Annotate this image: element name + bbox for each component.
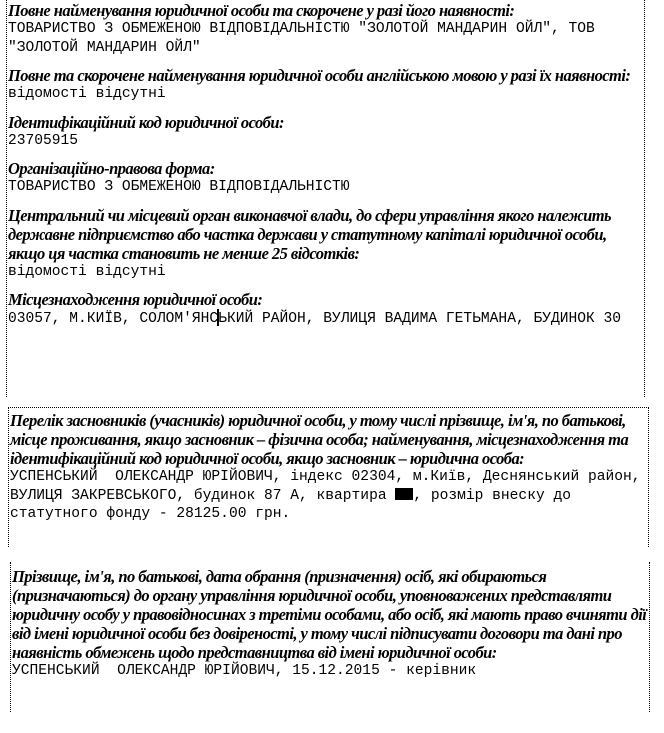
field-label: Повне найменування юридичної особи та ск…: [7, 1, 644, 20]
field-value[interactable]: 03057, М.КИЇВ, СОЛОМ'ЯНСЬКИЙ РАЙОН, ВУЛИ…: [7, 309, 644, 329]
field-label: Організаційно-правова форма:: [7, 159, 644, 178]
field-english-name: Повне та скорочене найменування юридично…: [7, 66, 644, 104]
field-address: Місцезнаходження юридичної особи: 03057,…: [7, 290, 644, 329]
field-value[interactable]: УСПЕНСЬКИЙ ОЛЕКСАНДР ЮРІЙОВИЧ, 15.12.201…: [11, 662, 649, 681]
field-legal-form: Організаційно-правова форма: ТОВАРИСТВО …: [7, 159, 644, 197]
field-value[interactable]: ТОВАРИСТВО З ОБМЕЖЕНОЮ ВІДПОВІДАЛЬНІСТЮ: [7, 178, 644, 197]
field-label: Повне та скорочене найменування юридично…: [7, 66, 644, 85]
field-label: Центральний чи місцевий орган виконавчої…: [7, 206, 644, 263]
field-label: Місцезнаходження юридичної особи:: [7, 290, 644, 309]
redacted-block: [395, 488, 413, 500]
field-value[interactable]: відомості відсутні: [7, 85, 644, 104]
field-value[interactable]: 23705915: [7, 132, 644, 151]
founders-section: Перелік засновників (учасників) юридично…: [8, 407, 649, 547]
field-value[interactable]: ТОВАРИСТВО З ОБМЕЖЕНОЮ ВІДПОВІДАЛЬНІСТЮ …: [7, 20, 644, 57]
field-governing-authority: Центральний чи місцевий орган виконавчої…: [7, 206, 644, 282]
field-label: Ідентифікаційний код юридичної особи:: [7, 113, 644, 132]
field-identification-code: Ідентифікаційний код юридичної особи: 23…: [7, 113, 644, 151]
field-value[interactable]: відомості відсутні: [7, 263, 644, 282]
field-full-name: Повне найменування юридичної особи та ск…: [7, 1, 644, 57]
address-text-before-cursor: 03057, М.КИЇВ, СОЛОМ'ЯНС: [8, 311, 218, 327]
field-label: Прізвище, ім'я, по батькові, дата обранн…: [11, 567, 649, 662]
address-text-after-cursor: ЬКИЙ РАЙОН, ВУЛИЦЯ ВАДИМА ГЕТЬМАНА, БУДИ…: [218, 311, 621, 327]
field-management: Прізвище, ім'я, по батькові, дата обранн…: [11, 567, 649, 681]
field-value[interactable]: УСПЕНСЬКИЙ ОЛЕКСАНДР ЮРІЙОВИЧ, індекс 02…: [9, 468, 648, 524]
management-section: Прізвище, ім'я, по батькові, дата обранн…: [10, 562, 650, 712]
field-founders: Перелік засновників (учасників) юридично…: [9, 411, 648, 524]
field-label: Перелік засновників (учасників) юридично…: [9, 411, 648, 468]
company-info-section: Повне найменування юридичної особи та ск…: [6, 0, 645, 397]
